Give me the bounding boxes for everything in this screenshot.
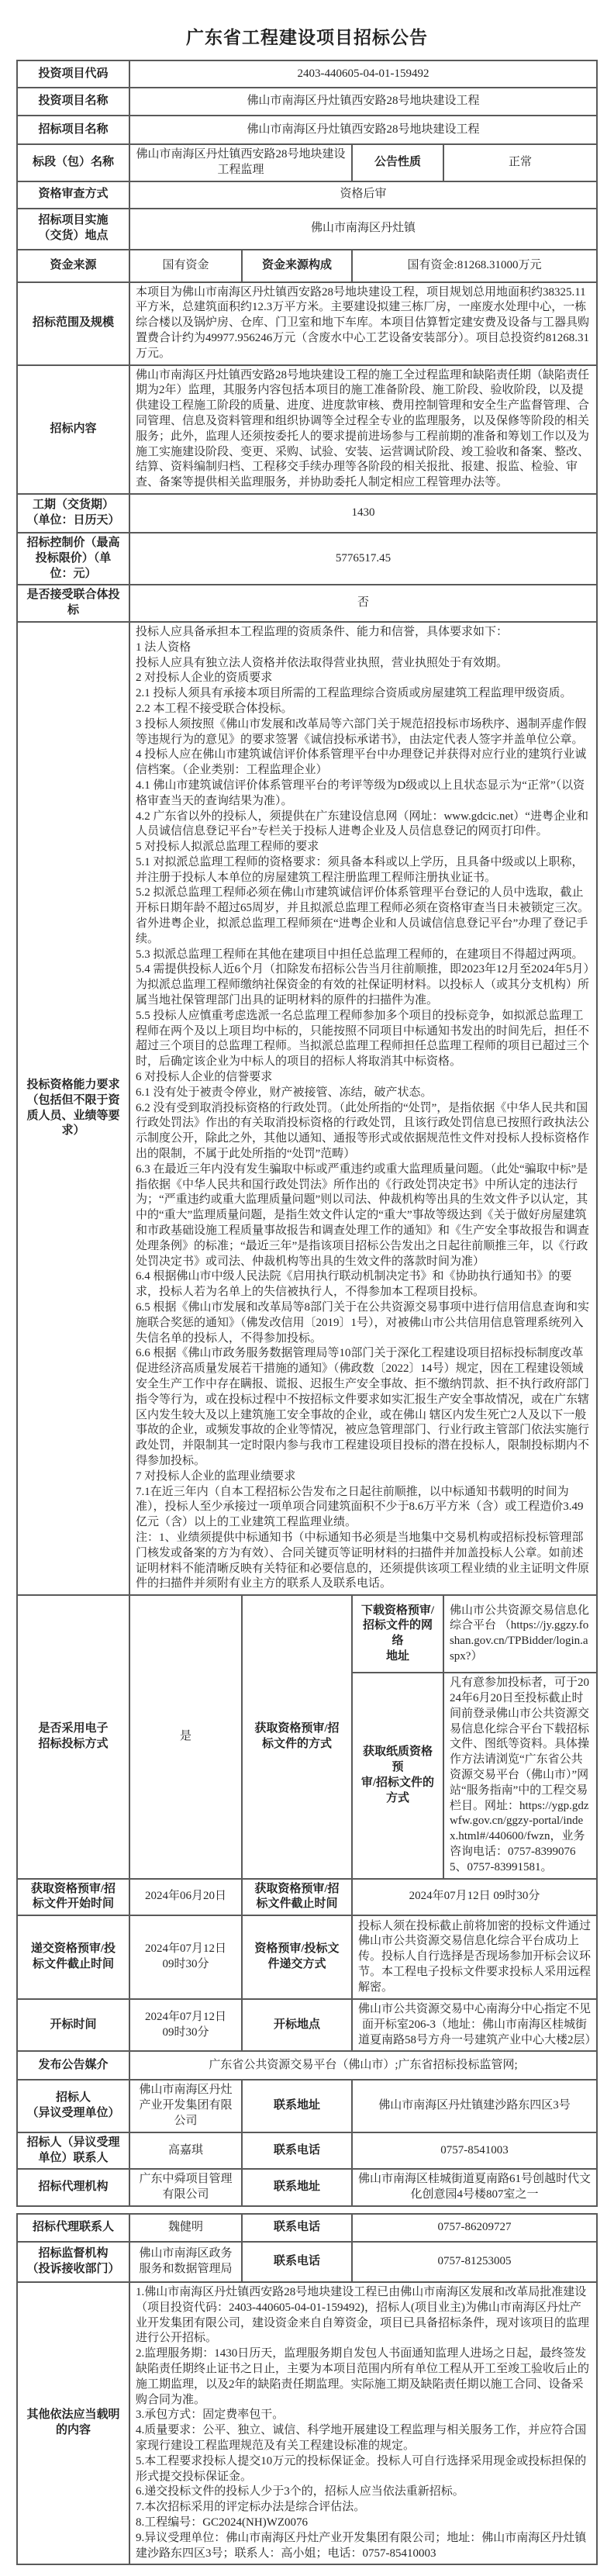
- other-value: 1.佛山市南海区丹灶镇西安路28号地块建设工程已由佛山市南海区发展和改革局批准建…: [129, 2282, 597, 2564]
- doc-start-value: 2024年06月20日: [129, 1879, 242, 1916]
- row-other: 其他依法应当载明 的内容 1.佛山市南海区丹灶镇西安路28号地块建设工程已由佛山…: [17, 2282, 597, 2564]
- supervisor-phone-label: 联系电话: [242, 2242, 352, 2282]
- tenderer-label: 招标人 （异议受理单位）: [17, 2080, 129, 2132]
- row-content: 招标内容 佛山市南海区丹灶镇西安路28号地块建设工程的施工全过程监理和缺陷责任期…: [17, 365, 597, 494]
- control-price-value: 5776517.45: [129, 533, 597, 585]
- tenderer-addr-value: 佛山市南海区丹灶镇建沙路东四区3号: [352, 2080, 597, 2132]
- row-qualification-requirements: 投标资格能力要求 （包括但不限于资 质人员、业绩等要 求） 投标人应具备承担本工…: [17, 622, 597, 1595]
- scope-value: 本项目为佛山市南海区丹灶镇西安路28号地块建设工程，项目规划总用地面积约3832…: [129, 282, 597, 365]
- electronic-label: 是否采用电子 招标投标方式: [17, 1595, 129, 1878]
- tender-notice-table: 投资项目代码 2403-440605-04-01-159492 投资项目名称 佛…: [16, 60, 598, 2565]
- scope-label: 招标范围及规模: [17, 282, 129, 365]
- media-label: 发布公告媒介: [17, 2051, 129, 2080]
- location-value: 佛山市南海区丹灶镇: [129, 209, 597, 250]
- doc-end-label: 获取资格预审/招 标文件截止时间: [242, 1879, 352, 1916]
- row-bid-opening: 开标时间 2024年07月12日 09时30分 开标地点 佛山市公共资源交易中心…: [17, 1999, 597, 2051]
- row-doc-start: 获取资格预审/招 标文件开始时间 2024年06月20日 获取资格预审/招 标文…: [17, 1879, 597, 1916]
- row-submit-deadline: 递交资格预审/投 标文件截止时间 2024年07月12日 09时30分 资格预审…: [17, 1915, 597, 1999]
- download-url-label: 下载资格预审/ 招标文件的网络 地址: [352, 1595, 443, 1673]
- row-qualification-review: 资格审查方式 资格后审: [17, 181, 597, 209]
- row-agency-contact: 招标代理联系人 魏健明 联系电话 0757-86209727: [17, 2214, 597, 2242]
- doc-start-label: 获取资格预审/招 标文件开始时间: [17, 1879, 129, 1916]
- bid-opening-place-label: 开标地点: [242, 1999, 352, 2051]
- row-location: 招标项目实施 （交货）地点 佛山市南海区丹灶镇: [17, 209, 597, 250]
- doc-end-value: 2024年07月12日 09时30分: [352, 1879, 597, 1916]
- qualification-review-label: 资格审查方式: [17, 181, 129, 209]
- submit-deadline-value: 2024年07月12日 09时30分: [129, 1915, 242, 1999]
- tenderer-contact-value: 高嘉琪: [129, 2132, 242, 2170]
- agency-contact-label: 招标代理联系人: [17, 2214, 129, 2242]
- row-control-price: 招标控制价（最高 投标限价）（单 位：元） 5776517.45: [17, 533, 597, 585]
- qualification-requirements-label: 投标资格能力要求 （包括但不限于资 质人员、业绩等要 求）: [17, 622, 129, 1595]
- invest-code-value: 2403-440605-04-01-159492: [129, 60, 597, 88]
- tenderer-contact-label: 招标人（异议受理 单位）联系人: [17, 2132, 129, 2170]
- download-url-value: 佛山市公共资源交易信息化综合平台 （https://jy.ggzy.foshan…: [443, 1595, 597, 1673]
- tender-name-value: 佛山市南海区丹灶镇西安路28号地块建设工程: [129, 116, 597, 144]
- row-duration: 工期（交货期） （单位：日历天） 1430: [17, 494, 597, 533]
- consortium-label: 是否接受联合体投 标: [17, 585, 129, 622]
- row-section: 标段（包）名称 佛山市南海区丹灶镇西安路28号地块建设 工程监理 公告性质 正常: [17, 144, 597, 181]
- duration-value: 1430: [129, 494, 597, 533]
- notice-nature-value: 正常: [443, 144, 597, 181]
- qualification-review-value: 资格后审: [129, 181, 597, 209]
- row-consortium: 是否接受联合体投 标 否: [17, 585, 597, 622]
- bid-opening-place-value: 佛山市公共资源交易中心南海分中心指定不见面开标室206-3（地址：佛山市南海区桂…: [352, 1999, 597, 2051]
- supervisor-value: 佛山市南海区政务 服务和数据管理局: [129, 2242, 242, 2282]
- submit-method-label: 资格预审/投标文 件递交方式: [242, 1915, 352, 1999]
- invest-name-value: 佛山市南海区丹灶镇西安路28号地块建设工程: [129, 88, 597, 116]
- row-supervisor: 招标监督机构 （投诉接收部门） 佛山市南海区政务 服务和数据管理局 联系电话 0…: [17, 2242, 597, 2282]
- row-scope: 招标范围及规模 本项目为佛山市南海区丹灶镇西安路28号地块建设工程，项目规划总用…: [17, 282, 597, 365]
- tenderer-phone-label: 联系电话: [242, 2132, 352, 2170]
- invest-code-label: 投资项目代码: [17, 60, 129, 88]
- agency-value: 广东中舜项目管理 有限公司: [129, 2169, 242, 2206]
- tenderer-addr-label: 联系地址: [242, 2080, 352, 2132]
- supervisor-phone-value: 0757-81253005: [352, 2242, 597, 2282]
- row-agency: 招标代理机构 广东中舜项目管理 有限公司 联系地址 佛山市南海区桂城街道夏南路6…: [17, 2169, 597, 2206]
- tender-name-label: 招标项目名称: [17, 116, 129, 144]
- table-gap: [17, 2206, 597, 2214]
- supervisor-label: 招标监督机构 （投诉接收部门）: [17, 2242, 129, 2282]
- duration-label: 工期（交货期） （单位：日历天）: [17, 494, 129, 533]
- agency-addr-value: 佛山市南海区桂城街道夏南路61号创越时代文化创意园4号楼807室之一: [352, 2169, 597, 2206]
- location-label: 招标项目实施 （交货）地点: [17, 209, 129, 250]
- invest-name-label: 投资项目名称: [17, 88, 129, 116]
- submit-deadline-label: 递交资格预审/投 标文件截止时间: [17, 1915, 129, 1999]
- submit-method-value: 投标人须在投标截止前将加密的投标文件通过佛山市公共资源交易信息化综合平台成功上传…: [352, 1915, 597, 1999]
- notice-nature-label: 公告性质: [352, 144, 443, 181]
- media-value: 广东省公共资源交易平台（佛山市）;广东省招标投标监管网;: [129, 2051, 597, 2080]
- row-invest-code: 投资项目代码 2403-440605-04-01-159492: [17, 60, 597, 88]
- row-tenderer-contact: 招标人（异议受理 单位）联系人 高嘉琪 联系电话 0757-8541003: [17, 2132, 597, 2170]
- row-electronic-download: 是否采用电子 招标投标方式 是 获取资格预审/招 标文件的方式 下载资格预审/ …: [17, 1595, 597, 1673]
- tenderer-phone-value: 0757-8541003: [352, 2132, 597, 2170]
- content-value: 佛山市南海区丹灶镇西安路28号地块建设工程的施工全过程监理和缺陷责任期（缺陷责任…: [129, 365, 597, 494]
- fund-composition-label: 资金来源构成: [242, 250, 352, 282]
- paper-method-value: 凡有意参加投标者，可于2024年6月20日至投标截止时间前登录佛山市公共资源交易…: [443, 1673, 597, 1878]
- bid-opening-time-label: 开标时间: [17, 1999, 129, 2051]
- qualification-requirements-value: 投标人应具备承担本工程监理的资质条件、能力和信誉，具体要求如下： 1 法人资格 …: [129, 622, 597, 1595]
- paper-method-label: 获取纸质资格预 审/招标文件的 方式: [352, 1673, 443, 1878]
- bid-opening-time-value: 2024年07月12日 09时30分: [129, 1999, 242, 2051]
- row-media: 发布公告媒介 广东省公共资源交易平台（佛山市）;广东省招标投标监管网;: [17, 2051, 597, 2080]
- section-value: 佛山市南海区丹灶镇西安路28号地块建设 工程监理: [129, 144, 352, 181]
- row-invest-name: 投资项目名称 佛山市南海区丹灶镇西安路28号地块建设工程: [17, 88, 597, 116]
- section-label: 标段（包）名称: [17, 144, 129, 181]
- control-price-label: 招标控制价（最高 投标限价）（单 位：元）: [17, 533, 129, 585]
- row-tenderer: 招标人 （异议受理单位） 佛山市南海区丹灶 产业开发集团有限 公司 联系地址 佛…: [17, 2080, 597, 2132]
- row-tender-name: 招标项目名称 佛山市南海区丹灶镇西安路28号地块建设工程: [17, 116, 597, 144]
- other-label: 其他依法应当载明 的内容: [17, 2282, 129, 2564]
- doc-method-label: 获取资格预审/招 标文件的方式: [242, 1595, 352, 1878]
- tenderer-value: 佛山市南海区丹灶 产业开发集团有限 公司: [129, 2080, 242, 2132]
- agency-phone-label: 联系电话: [242, 2214, 352, 2242]
- content-label: 招标内容: [17, 365, 129, 494]
- page-title: 广东省工程建设项目招标公告: [0, 0, 614, 60]
- consortium-value: 否: [129, 585, 597, 622]
- agency-addr-label: 联系地址: [242, 2169, 352, 2206]
- agency-phone-value: 0757-86209727: [352, 2214, 597, 2242]
- agency-label: 招标代理机构: [17, 2169, 129, 2206]
- agency-contact-value: 魏健明: [129, 2214, 242, 2242]
- fund-composition-value: 国有资金:81268.31000万元: [352, 250, 597, 282]
- fund-value: 国有资金: [129, 250, 242, 282]
- row-fund: 资金来源 国有资金 资金来源构成 国有资金:81268.31000万元: [17, 250, 597, 282]
- fund-label: 资金来源: [17, 250, 129, 282]
- electronic-value: 是: [129, 1595, 242, 1878]
